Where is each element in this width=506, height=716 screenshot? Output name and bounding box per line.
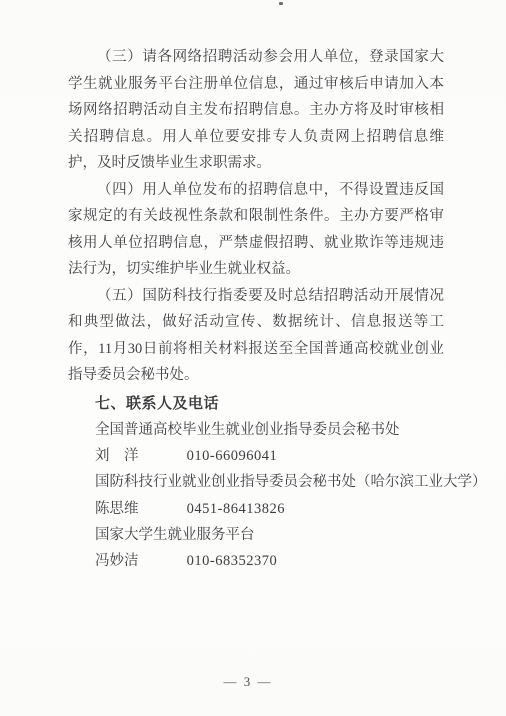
paragraph-5: （五）国防科技行指委要及时总结招聘活动开展情况和典型做法，做好活动宣传、数据统计… bbox=[68, 283, 444, 389]
contact-person: 冯妙洁 010-68352370 bbox=[95, 548, 444, 574]
scan-artifact-dot bbox=[279, 2, 283, 5]
contact-phone: 010-66096041 bbox=[187, 448, 278, 464]
document-page: （三）请各网络招聘活动参会用人单位，登录国家大学生就业服务平台注册单位信息，通过… bbox=[0, 0, 506, 716]
contact-phone: 0451-86413826 bbox=[187, 501, 285, 517]
contact-person: 陈思维 0451-86413826 bbox=[95, 496, 444, 522]
paragraph-3: （三）请各网络招聘活动参会用人单位，登录国家大学生就业服务平台注册单位信息，通过… bbox=[68, 44, 444, 177]
paragraph-4: （四）用人单位发布的招聘信息中，不得设置违反国家规定的有关歧视性条款和限制性条件… bbox=[68, 177, 444, 283]
page-number: — 3 — bbox=[0, 672, 496, 692]
contact-org: 全国普通高校毕业生就业创业指导委员会秘书处 bbox=[95, 417, 444, 443]
contact-org-name: 国防科技行业就业创业指导委员会秘书处（哈尔滨工业大学） bbox=[95, 474, 487, 490]
contact-org: 国防科技行业就业创业指导委员会秘书处（哈尔滨工业大学） bbox=[95, 469, 444, 495]
contact-person-name: 冯妙洁 bbox=[95, 548, 183, 574]
contact-phone: 010-68352370 bbox=[187, 553, 278, 569]
contact-org: 国家大学生就业服务平台 bbox=[95, 522, 444, 548]
contact-org-name: 国家大学生就业服务平台 bbox=[95, 527, 255, 543]
contact-person-name: 刘 洋 bbox=[95, 443, 183, 469]
section-heading-contacts: 七、联系人及电话 bbox=[95, 391, 444, 418]
contact-org-name: 全国普通高校毕业生就业创业指导委员会秘书处 bbox=[95, 422, 400, 438]
contact-person: 刘 洋 010-66096041 bbox=[95, 443, 444, 469]
document-body: （三）请各网络招聘活动参会用人单位，登录国家大学生就业服务平台注册单位信息，通过… bbox=[68, 44, 444, 574]
contact-list: 全国普通高校毕业生就业创业指导委员会秘书处 刘 洋 010-66096041 国… bbox=[95, 417, 444, 574]
contact-person-name: 陈思维 bbox=[95, 496, 183, 522]
